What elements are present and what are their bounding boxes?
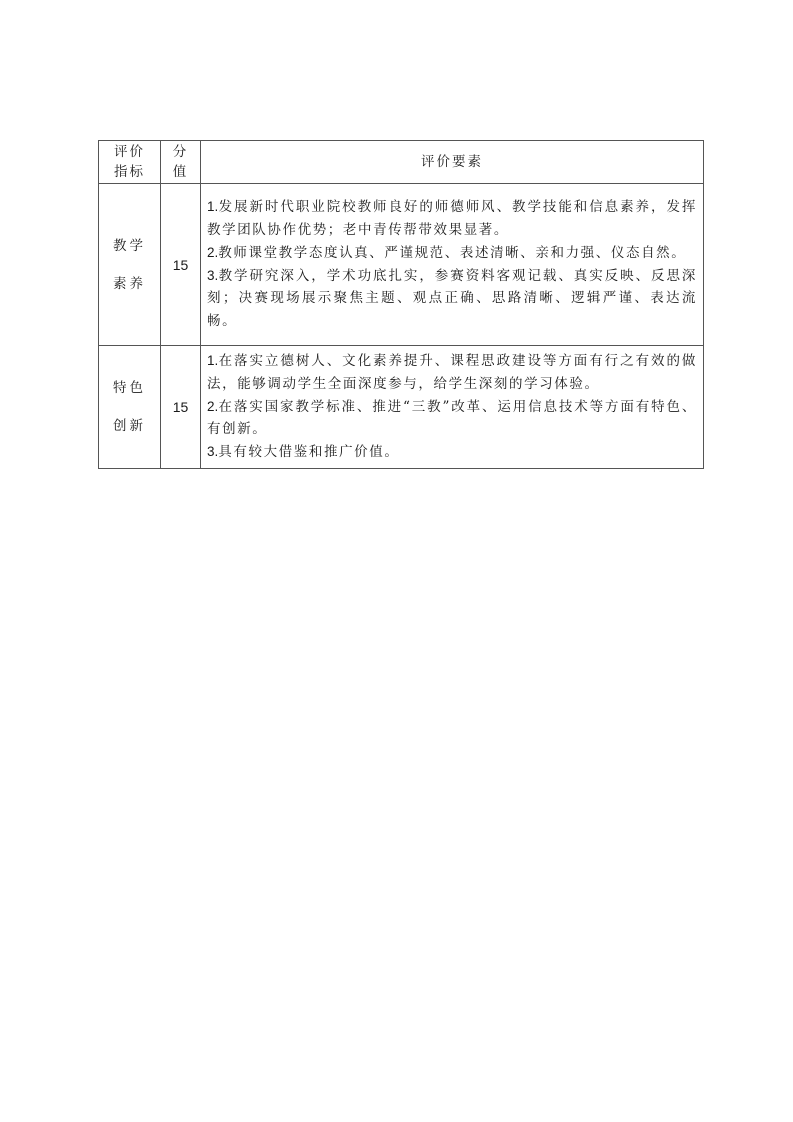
header-elements: 评价要素: [201, 141, 704, 184]
item-number: 2.: [207, 245, 218, 260]
item-number: 3.: [207, 444, 218, 459]
element-item: 1.发展新时代职业院校教师良好的师德师风、教学技能和信息素养，发挥教学团队协作优…: [207, 196, 697, 242]
item-text: 具有较大借鉴和推广价值。: [218, 444, 399, 460]
item-text: 发展新时代职业院校教师良好的师德师风、教学技能和信息素养，发挥教学团队协作优势；…: [207, 199, 697, 238]
item-number: 3.: [207, 268, 218, 283]
element-item: 3.教学研究深入，学术功底扎实，参赛资料客观记载、真实反映、反思深刻；决赛现场展…: [207, 265, 697, 333]
element-item: 1.在落实立德树人、文化素养提升、课程思政建设等方面有行之有效的做法，能够调动学…: [207, 350, 697, 396]
item-text: 教师课堂教学态度认真、严谨规范、表述清晰、亲和力强、仪态自然。: [218, 245, 686, 261]
header-indicator: 评价 指标: [99, 141, 161, 184]
indicator-line2: 创新: [99, 407, 160, 445]
header-score-line1: 分: [161, 142, 200, 162]
indicator-line1: 特色: [99, 369, 160, 407]
header-indicator-line1: 评价: [99, 142, 160, 162]
table-row: 教学 素养 15 1.发展新时代职业院校教师良好的师德师风、教学技能和信息素养，…: [99, 184, 704, 346]
item-number: 1.: [207, 199, 218, 214]
indicator-cell: 特色 创新: [99, 346, 161, 469]
item-number: 2.: [207, 399, 218, 414]
element-item: 2.在落实国家教学标准、推进“三教”改革、运用信息技术等方面有特色、有创新。: [207, 396, 697, 442]
header-score: 分 值: [161, 141, 201, 184]
header-indicator-line2: 指标: [99, 162, 160, 182]
indicator-line2: 素养: [99, 265, 160, 303]
table-header-row: 评价 指标 分 值 评价要素: [99, 141, 704, 184]
indicator-line1: 教学: [99, 227, 160, 265]
item-number: 1.: [207, 353, 218, 368]
evaluation-table: 评价 指标 分 值 评价要素 教学 素养 15 1.发展新时代职业院校教师良好的…: [98, 140, 704, 469]
score-cell: 15: [161, 184, 201, 346]
table-row: 特色 创新 15 1.在落实立德树人、文化素养提升、课程思政建设等方面有行之有效…: [99, 346, 704, 469]
indicator-cell: 教学 素养: [99, 184, 161, 346]
item-text: 在落实立德树人、文化素养提升、课程思政建设等方面有行之有效的做法，能够调动学生全…: [207, 353, 697, 392]
element-item: 3.具有较大借鉴和推广价值。: [207, 441, 697, 464]
elements-cell: 1.在落实立德树人、文化素养提升、课程思政建设等方面有行之有效的做法，能够调动学…: [201, 346, 704, 469]
item-text: 教学研究深入，学术功底扎实，参赛资料客观记载、真实反映、反思深刻；决赛现场展示聚…: [207, 268, 697, 330]
item-text: 在落实国家教学标准、推进“三教”改革、运用信息技术等方面有特色、有创新。: [207, 399, 697, 438]
score-cell: 15: [161, 346, 201, 469]
header-score-line2: 值: [161, 162, 200, 182]
element-item: 2.教师课堂教学态度认真、严谨规范、表述清晰、亲和力强、仪态自然。: [207, 242, 697, 265]
elements-cell: 1.发展新时代职业院校教师良好的师德师风、教学技能和信息素养，发挥教学团队协作优…: [201, 184, 704, 346]
